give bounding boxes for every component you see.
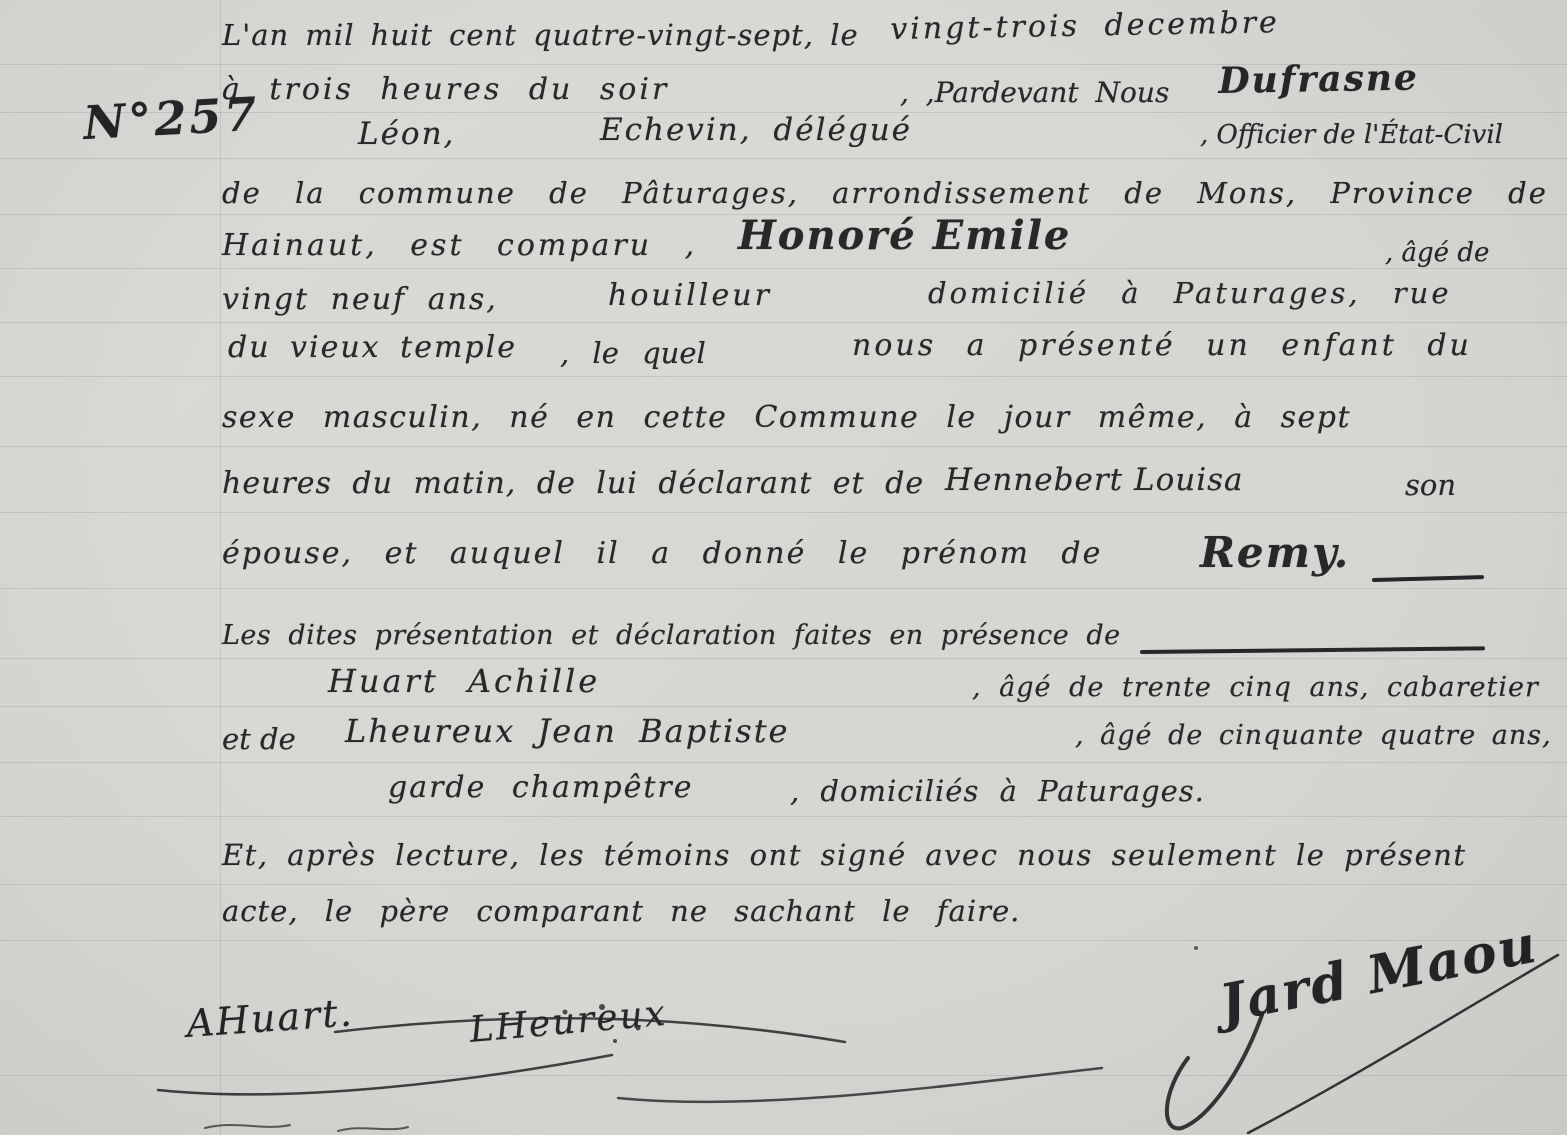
ink-speck	[1194, 946, 1198, 950]
lequel-text: , le quel	[560, 336, 706, 370]
mother-son-text: son	[1405, 468, 1456, 502]
declaration-text: heures du matin, de lui déclarant et de	[222, 466, 924, 501]
ruled-line	[0, 762, 1567, 763]
commune-text: de la commune de Pâturages, arrondisseme…	[222, 176, 1548, 210]
witness1-signature: AHuart.	[185, 990, 355, 1046]
ruled-line	[0, 446, 1567, 447]
ruled-line	[0, 158, 1567, 159]
child-sex-birth-text: sexe masculin, né en cette Commune le jo…	[222, 400, 1351, 435]
date-year-text: L'an mil huit cent quatre-vingt-sept, le	[222, 18, 859, 52]
witness1-age-occupation: , âgé de trente cinq ans, cabaretier	[972, 672, 1539, 703]
hour-text: à trois heures du soir	[222, 72, 669, 107]
date-day-text: vingt-trois decembre	[890, 5, 1280, 47]
closing-text-1: Et, après lecture, les témoins ont signé…	[222, 838, 1467, 872]
ruled-line	[0, 512, 1567, 513]
officer-loop-flourish	[1167, 1015, 1262, 1128]
ruled-line	[0, 816, 1567, 817]
father-age: vingt neuf ans,	[222, 282, 498, 317]
officer-surname: Dufrasne	[1218, 57, 1419, 102]
prenom-intro: épouse, et auquel il a donné le prénom d…	[222, 536, 1102, 571]
witness-intro: Les dites présentation et déclaration fa…	[222, 620, 1121, 651]
ruled-line	[0, 588, 1567, 589]
witness2-underline-flourish	[618, 1068, 1102, 1102]
witness1-name: Huart Achille	[328, 662, 600, 700]
ruled-line	[0, 1075, 1567, 1076]
father-occupation: houilleur	[608, 278, 772, 313]
officer-firstname: Léon,	[358, 116, 455, 152]
pardevant-text: , ,Pardevant Nous	[900, 76, 1169, 109]
civil-register-page: N°257 L'an mil huit cent quatre-vingt-se…	[0, 0, 1567, 1135]
ink-speck	[613, 1039, 617, 1043]
witness2-name: Lheureux Jean Baptiste	[345, 712, 789, 750]
ruled-line	[0, 706, 1567, 707]
margin-rule	[220, 0, 221, 1135]
ruled-line	[0, 884, 1567, 885]
ruled-line	[0, 376, 1567, 377]
clipped-stroke	[338, 1127, 408, 1131]
child-name: Remy.	[1200, 528, 1350, 577]
struck-blank-line	[1140, 646, 1485, 654]
officer-signature: Jard Maou	[1215, 914, 1543, 1035]
witness2-occupation: garde champêtre	[388, 770, 694, 805]
father-name: Honoré Emile	[738, 212, 1071, 259]
presentation-text: nous a présenté un enfant du	[852, 328, 1472, 363]
et-de-text: et de	[222, 722, 296, 756]
officer-title: Echevin, délégué	[600, 112, 912, 148]
ruled-line	[0, 322, 1567, 323]
ruled-line	[0, 658, 1567, 659]
clipped-stroke	[205, 1125, 290, 1128]
father-street: du vieux temple	[228, 330, 517, 365]
witnesses-residence: , domiciliés à Paturages.	[790, 774, 1205, 808]
mother-name: Hennebert Louisa	[945, 462, 1244, 498]
ruled-line	[0, 940, 1567, 941]
witness2-age: , âgé de cinquante quatre ans,	[1075, 720, 1552, 751]
closing-text-2: acte, le père comparant ne sachant le fa…	[222, 894, 1020, 928]
officer-role: , Officier de l'État-Civil	[1200, 120, 1503, 150]
comparant-intro: Hainaut, est comparu ,	[222, 228, 697, 263]
father-residence: domicilié à Paturages, rue	[928, 276, 1451, 310]
ruled-line	[0, 268, 1567, 269]
age-label: , âgé de	[1385, 238, 1489, 268]
witness2-signature: LHeureux	[468, 993, 669, 1051]
child-name-dash	[1372, 575, 1484, 582]
